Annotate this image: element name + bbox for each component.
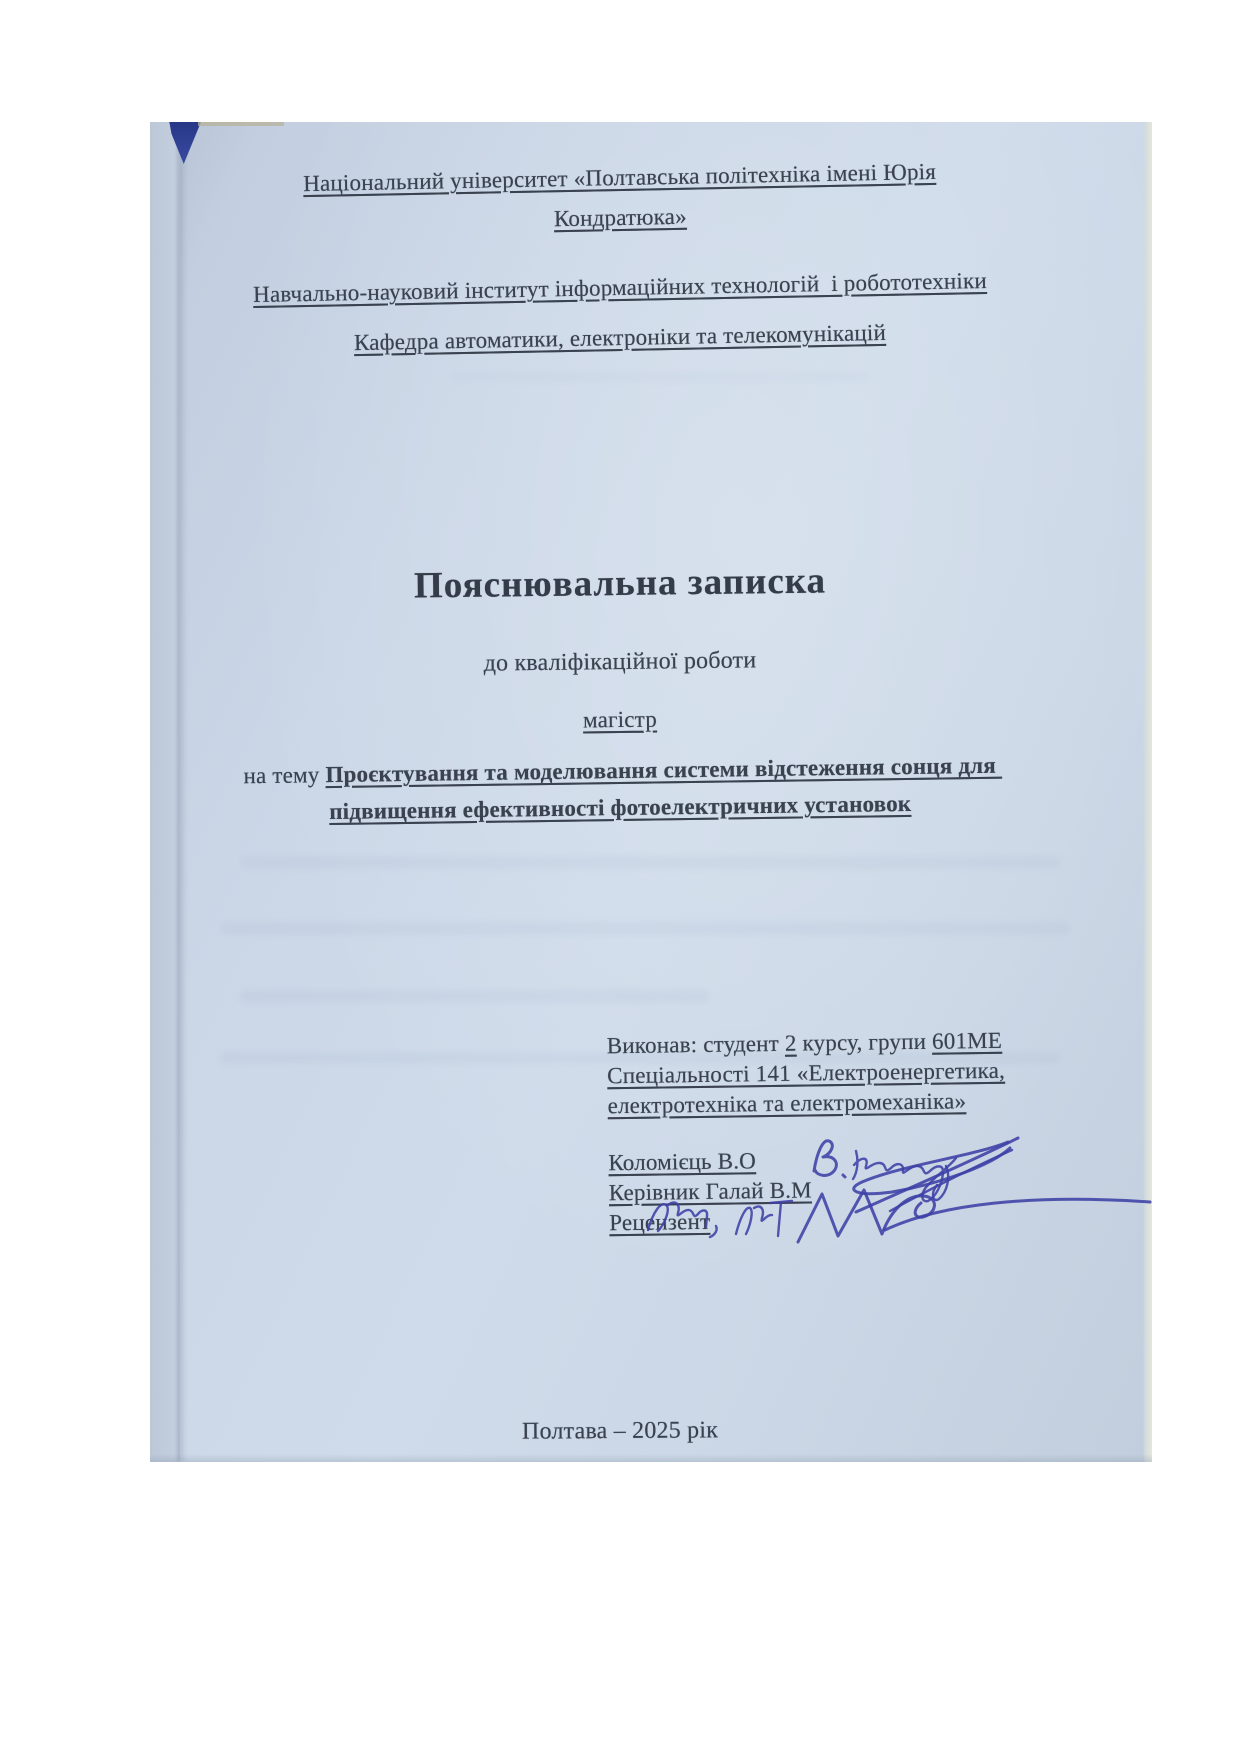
group-code: 601МЕ bbox=[932, 1028, 1002, 1054]
student-name: Коломієць В.О bbox=[608, 1148, 756, 1175]
binding-crease bbox=[177, 122, 187, 1462]
bleed-through-line bbox=[450, 372, 870, 382]
document-subtitle: до кваліфікаційної роботи bbox=[160, 643, 1080, 681]
executor-prefix: Виконав: студент bbox=[607, 1031, 785, 1058]
executor-middle: курсу, групи bbox=[796, 1029, 932, 1056]
supervisor-name: Керівник Галай В.М bbox=[609, 1177, 812, 1205]
degree-level: магістр bbox=[160, 701, 1080, 738]
specialty-line-2-text: електротехніка та електромеханіка» bbox=[607, 1088, 966, 1118]
specialty-line-2: електротехніка та електромеханіка» bbox=[607, 1085, 1077, 1122]
reviewer-label: Рецензент bbox=[609, 1209, 710, 1235]
reviewer-line: Рецензент bbox=[609, 1202, 1079, 1239]
page-photo: Національний університет «Полтавська пол… bbox=[150, 122, 1152, 1462]
university-name: Національний університет «Полтавська пол… bbox=[279, 151, 960, 244]
page-right-edge bbox=[1143, 122, 1152, 1462]
document-title: Пояснювальна записка bbox=[160, 556, 1080, 610]
bleed-through-line bbox=[240, 990, 710, 1003]
topic-line: на тему Проєктування та моделювання сист… bbox=[205, 746, 1036, 832]
bleed-through-line bbox=[240, 856, 1060, 869]
institute-name-text: Навчально-науковий інститут інформаційни… bbox=[253, 268, 987, 307]
executor-block: Виконав: студент 2 курсу, групи 601МЕ Сп… bbox=[607, 1025, 1080, 1239]
page-left-edge bbox=[150, 122, 180, 1462]
department-name-text: Кафедра автоматики, електроніки та телек… bbox=[354, 320, 886, 355]
specialty-line-1-text: Спеціальності 141 «Електроенергетика, bbox=[607, 1058, 1005, 1089]
course-number: 2 bbox=[785, 1031, 797, 1056]
topic-prefix: на тему bbox=[243, 762, 325, 788]
institute-name: Навчально-науковий інститут інформаційни… bbox=[160, 259, 1081, 317]
cover-top-sliver bbox=[198, 122, 284, 126]
scanned-title-page: { "document": { "university_line": "Наці… bbox=[0, 0, 1240, 1754]
department-name: Кафедра автоматики, електроніки та телек… bbox=[160, 309, 1081, 367]
topic-text: Проєктування та моделювання системи відс… bbox=[325, 753, 1002, 824]
degree-level-text: магістр bbox=[583, 707, 657, 733]
page-bottom-shade bbox=[150, 1454, 1152, 1462]
bleed-through-line bbox=[220, 922, 1070, 935]
city-year: Полтава – 2025 рік bbox=[160, 1415, 1080, 1448]
